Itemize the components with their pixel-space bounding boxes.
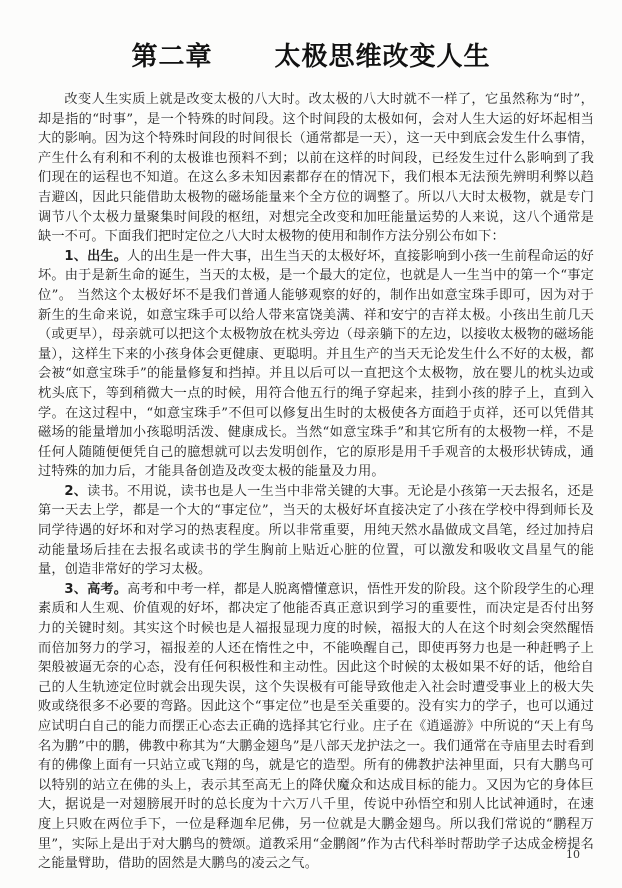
- chapter-number: 第二章: [131, 36, 212, 73]
- section-number: 1、: [64, 249, 87, 264]
- intro-paragraph: 改变人生实质上就是改变太极的八大时。改太极的八大时就不一样了，它虽然称为“时”，…: [38, 90, 594, 247]
- chapter-name: 太极思维改变人生: [275, 42, 491, 72]
- section-birth: 1、出生。人的出生是一件大事，出生当天的太极好坏，直接影响到小孩一生前程命运的好…: [38, 247, 594, 482]
- chapter-title: 第二章太极思维改变人生: [0, 36, 622, 73]
- section-exam: 3、高考。高考和中考一样，都是人脱离懵懂意识，悟性开发的阶段。这个阶段学生的心理…: [38, 580, 594, 874]
- document-page: 第二章太极思维改变人生 改变人生实质上就是改变太极的八大时。改太极的八大时就不一…: [0, 0, 622, 888]
- section-number: 2、: [64, 484, 87, 499]
- section-heading: 高考。: [87, 582, 127, 597]
- section-text: 人的出生是一件大事，出生当天的太极好坏，直接影响到小孩一生前程命运的好坏。由于是…: [38, 249, 594, 480]
- page-number: 10: [566, 848, 580, 861]
- section-heading: 读书。: [87, 484, 127, 499]
- section-heading: 出生。: [87, 249, 127, 264]
- chapter-body: 改变人生实质上就是改变太极的八大时。改太极的八大时就不一样了，它虽然称为“时”，…: [38, 90, 594, 874]
- section-text: 高考和中考一样，都是人脱离懵懂意识，悟性开发的阶段。这个阶段学生的心理素质和人生…: [38, 582, 594, 871]
- section-number: 3、: [64, 582, 87, 597]
- section-study: 2、读书。不用说，读书也是人一生当中非常关键的大事。无论是小孩第一天去报名，还是…: [38, 482, 594, 580]
